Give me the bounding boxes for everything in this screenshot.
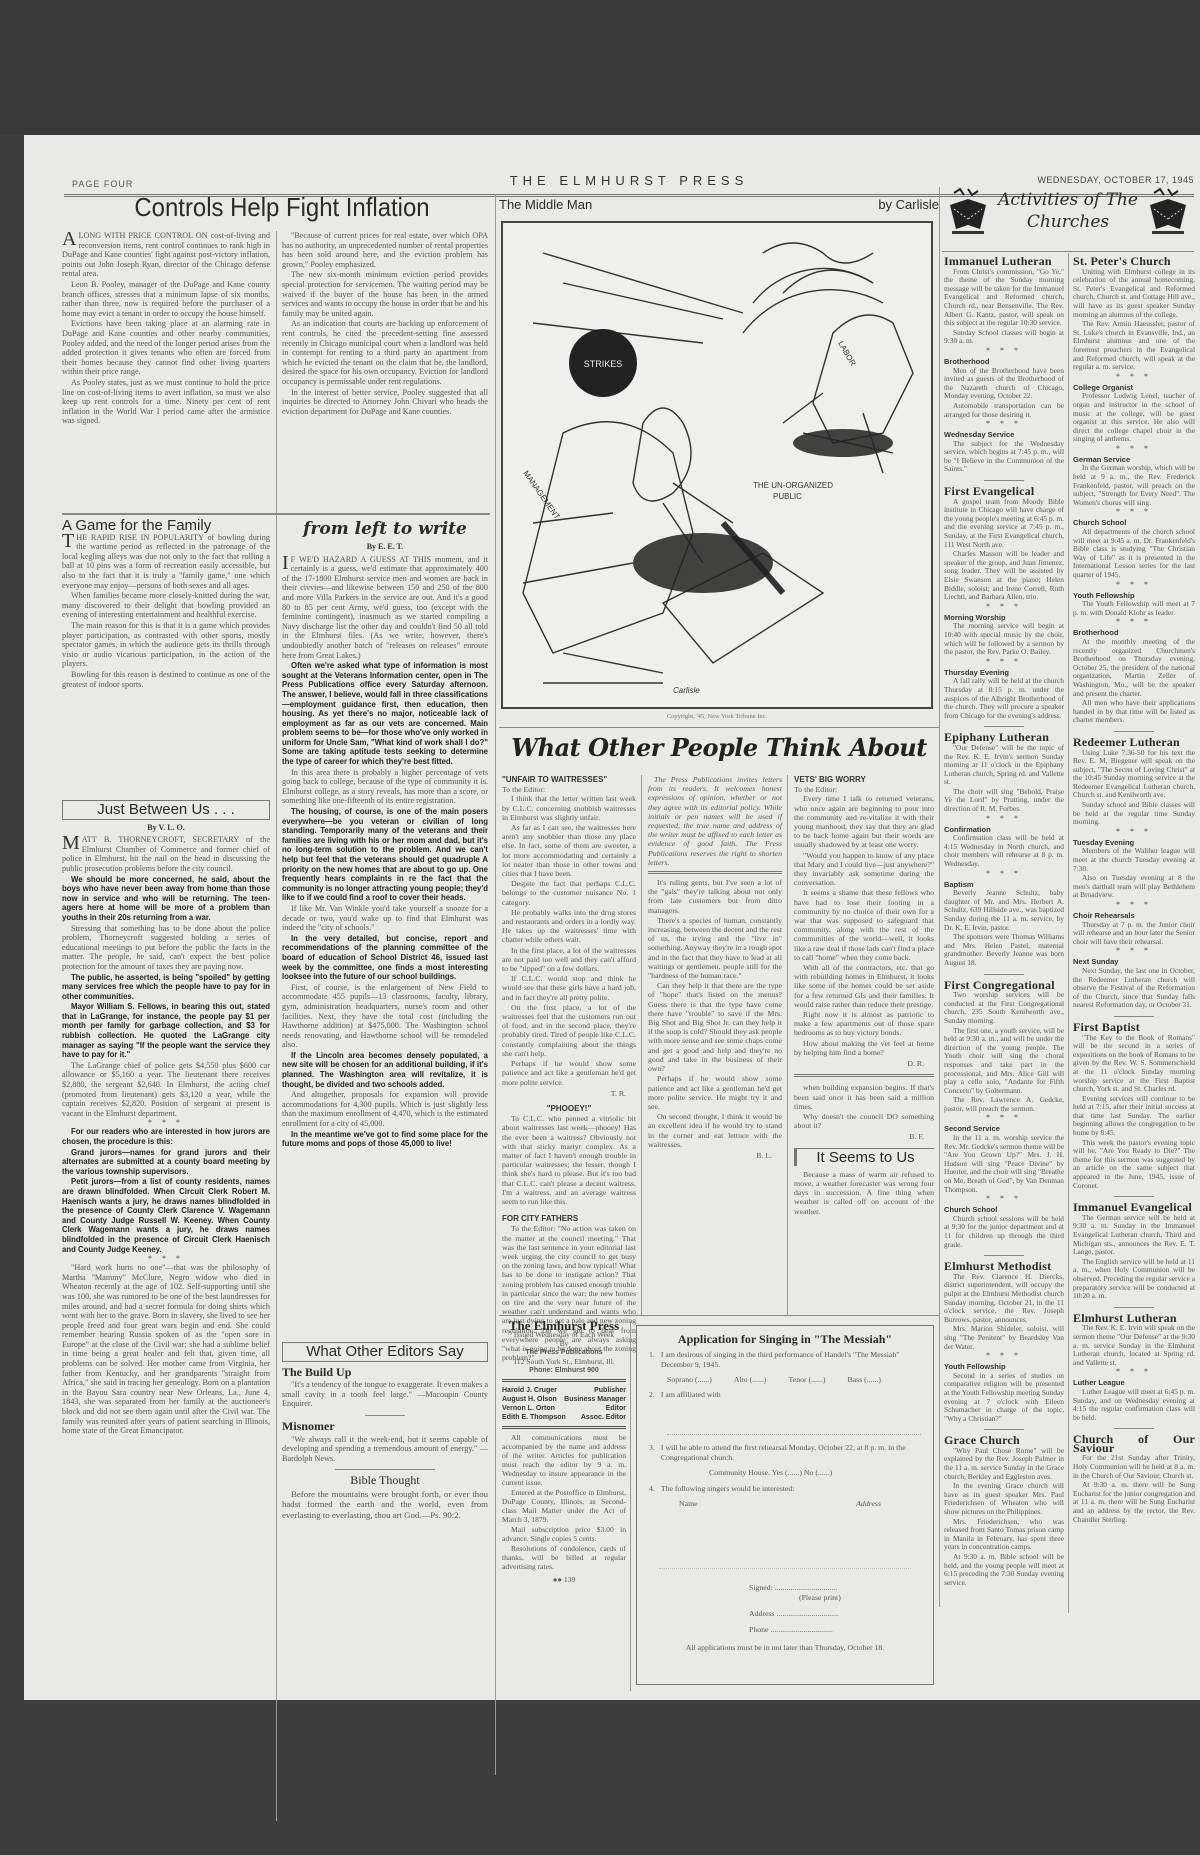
issue-frequency: Issued Wednesday of Each Week (502, 1330, 626, 1339)
publisher-box: The Elmhurst Press Issued Wednesday of E… (502, 1321, 626, 1584)
letter-signature: B. L. (658, 1151, 772, 1160)
column-paragraph: The housing, of course, is one of the ma… (282, 807, 488, 903)
bass-checkbox[interactable]: Bass (......) (847, 1375, 881, 1385)
column-paragraph: "Hard work hurts no one"—that was the ph… (62, 1263, 270, 1436)
church-name: First Congregational (944, 981, 1064, 990)
column-paragraph: Petit jurors—from a list of county resid… (62, 1177, 270, 1254)
controls-col-1: ALONG WITH PRICE CONTROL ON cost-of-livi… (62, 231, 270, 427)
separator-dots: * * * (944, 1114, 1064, 1122)
divider (365, 1415, 405, 1416)
letter-paragraph: Despite the fact that perhaps C.L.C. bel… (502, 879, 636, 907)
section-divider (499, 727, 939, 728)
church-name: Epiphany Lutheran (944, 733, 1064, 742)
salutation: To the Editor: (794, 785, 934, 794)
separator-dots: * * * (944, 420, 1064, 428)
column-paragraph: If like Mr. Van Winkle you'd take yourse… (282, 904, 488, 933)
separator-dots: * * * (62, 1119, 270, 1127)
letter-paragraph: Why doesn't the council DO something abo… (794, 1112, 934, 1130)
item-title: Misnomer (282, 1422, 488, 1432)
letter-title: VETS' BIG WORRY (794, 775, 934, 784)
scan-top-border (0, 0, 1200, 135)
game-article: A Game for the Family THE RAPID RISE IN … (62, 519, 270, 690)
separator-dots: * * * (1073, 828, 1195, 836)
issue-date: WEDNESDAY, OCTOBER 17, 1945 (1037, 175, 1194, 185)
form-title: Application for Singing in "The Messiah" (649, 1334, 921, 1344)
church-paragraph: In the evening Grace church will have as… (944, 1482, 1064, 1516)
column-paragraph: The LaGrange chief of police gets $4,550… (62, 1061, 270, 1119)
section-divider (62, 513, 490, 515)
church-paragraph: A fall rally will be held at the church … (944, 677, 1064, 720)
church-paragraph: Evening services will continue to be hel… (1073, 1095, 1195, 1138)
alto-checkbox[interactable]: Alto (......) (734, 1375, 767, 1385)
column-paragraph: We should be more concerned, he said, ab… (62, 875, 270, 923)
soprano-checkbox[interactable]: Soprano (......) (667, 1375, 712, 1385)
controls-headline: Controls Help Fight Inflation (98, 192, 466, 223)
church-name: St. Peter's Church (1073, 257, 1195, 266)
item-text: "We always call it the week-end, but it … (282, 1435, 488, 1464)
letter-signature: T. R. (512, 1089, 626, 1098)
church-name: Redeemer Lutheran (1073, 738, 1195, 747)
divider (1114, 1016, 1154, 1017)
just-between-headline: Just Between Us . . . (62, 800, 270, 820)
letter-paragraph: Every time I talk to returned veterans, … (794, 794, 934, 849)
phone-field[interactable]: Phone ................................ (749, 1625, 921, 1635)
church-paragraph: The English service will be held at 11 a… (1073, 1258, 1195, 1301)
church-paragraph: The Rev. Lawrence A. Gedcke, pastor, wil… (944, 1096, 1064, 1113)
church-paragraph: The subject for the Wednesday service, w… (944, 440, 1064, 474)
letter-paragraph: He probably walks into the drug stores a… (502, 908, 636, 945)
separator-dots: * * * (944, 1195, 1064, 1203)
svg-text:LABOR: LABOR (836, 340, 857, 368)
church-paragraph: The first one, a youth service, will be … (944, 1027, 1064, 1096)
column-paragraph: And altogether, proposals for expansion … (282, 1090, 488, 1128)
separator-dots: * * * (1073, 1368, 1195, 1376)
church-paragraph: In the 11 a. m. worship service the Rev.… (944, 1134, 1064, 1194)
form-item-2: 2.I am affiliated with (649, 1390, 921, 1400)
church-paragraph: Two worship services will be conducted a… (944, 991, 1064, 1025)
divider (984, 1255, 1024, 1256)
messiah-application-form: Application for Singing in "The Messiah"… (636, 1325, 934, 1685)
letters-col-1: "UNFAIR TO WAITRESSES" To the Editor: I … (502, 775, 636, 1363)
divider (984, 1429, 1024, 1430)
publisher-note: Mail subscription price $3.00 in advance… (502, 1525, 626, 1543)
letter-paragraph: Perhaps if he would show some patience a… (502, 1059, 636, 1087)
church-paragraph: The Rev. K. E. Irvin will speak on the s… (1073, 1324, 1195, 1367)
item-text: "It's a tendency of the tongue to exagge… (282, 1380, 488, 1409)
church-paragraph: Next Sunday, the last one in October, th… (1073, 967, 1195, 1010)
letter-title: "PHOOEY!" (502, 1104, 636, 1113)
church-paragraph: Professor Ludwig Lenel, teacher of organ… (1073, 392, 1195, 444)
church-paragraph: This week the pastor's evening topic wil… (1073, 1139, 1195, 1191)
address-field[interactable]: Address ................................ (749, 1609, 921, 1619)
column-rule (495, 195, 496, 1775)
cartoon-label-strikes: STRIKES (584, 359, 623, 369)
separator-dots: * * * (944, 347, 1064, 355)
affiliation-field[interactable] (667, 1405, 921, 1435)
church-paragraph: The Rev. Clarence H. Diercks, district s… (944, 1273, 1064, 1325)
column-paragraph: In this area there is probably a higher … (282, 768, 488, 806)
church-paragraph: For the 21st Sunday after Trinity, Holy … (1073, 1454, 1195, 1480)
article-paragraph: Evictions have been taking place at an a… (62, 319, 270, 377)
letters-policy: The Press Publications invites letters f… (648, 775, 782, 867)
article-paragraph: When families became more closely-knitte… (62, 591, 270, 620)
church-paragraph: Beverly Jeanne Schultz, baby daughter of… (944, 889, 1064, 932)
church-name: Grace Church (944, 1436, 1064, 1445)
publisher-paper-title: The Elmhurst Press (502, 1321, 626, 1330)
church-paragraph: At 9:30 a. m. there will be Sung Euchari… (1073, 1481, 1195, 1524)
publisher-note: Entered at the Postoffice in Elmhurst, D… (502, 1488, 626, 1524)
separator-dots: * * * (1073, 581, 1195, 589)
separator-dots: * * * (944, 603, 1064, 611)
publisher-note: All communications must be accompanied b… (502, 1433, 626, 1487)
staff-row: Vernon L. OrtonEditor (502, 1404, 626, 1413)
article-paragraph: The new six-month minimum eviction perio… (282, 270, 488, 318)
church-paragraph: At the monthly meeting of the recently o… (1073, 638, 1195, 698)
divider (648, 871, 782, 874)
church-name: Elmhurst Methodist (944, 1262, 1064, 1271)
staff-row: Edith E. ThompsonAssoc. Editor (502, 1413, 626, 1422)
letter-paragraph: I think that the letter written last wee… (502, 794, 636, 822)
divider (502, 1379, 626, 1382)
church-name: Immanuel Lutheran (944, 257, 1064, 266)
article-paragraph: Leon B. Pooley, manager of the DuPage an… (62, 280, 270, 318)
column-rule (630, 1321, 631, 1691)
editors-say-column: What Other Editors Say The Build Up "It'… (282, 1342, 488, 1521)
column-paragraph: If the Lincoln area becomes densely popu… (282, 1051, 488, 1089)
letter-paragraph: It seems a shame that these fellows who … (794, 888, 934, 962)
letter-paragraph: If C.L.C. would stop and think he would … (502, 974, 636, 1002)
letter-title: FOR CITY FATHERS (502, 1214, 636, 1223)
singers-list-field[interactable] (659, 1509, 911, 1569)
church-name: Elmhurst Lutheran (1073, 1314, 1195, 1323)
church-name: First Evangelical (944, 487, 1064, 496)
form-deadline: All applications must be in not later th… (649, 1643, 921, 1653)
church-paragraph: From Christ's commission, "Go Ye," the t… (944, 268, 1064, 328)
byline: By E. E. T. (282, 542, 488, 552)
union-label: ●● 139 (502, 1575, 626, 1584)
publisher-address: 112 South York St., Elmhurst, Ill. (502, 1357, 626, 1366)
divider (984, 974, 1024, 975)
newspaper-page: PAGE FOUR THE ELMHURST PRESS WEDNESDAY, … (24, 135, 1200, 1700)
cartoon-illustration: STRIKES LABOR MANAGEMENT THE UN-ORGANIZE… (503, 223, 931, 707)
column-rule (276, 231, 277, 1821)
divider (335, 1469, 435, 1470)
church-paragraph: All departments of the church school wil… (1073, 528, 1195, 580)
letter-title: "UNFAIR TO WAITRESSES" (502, 775, 636, 784)
church-paragraph: The morning service will begin at 10:40 … (944, 622, 1064, 656)
column-paragraph: IF WE'D HAZARD A GUESS AT THIS moment, a… (282, 555, 488, 661)
by-label: By (502, 1339, 626, 1348)
church-paragraph: The choir will sing "Behold, Praise Ye t… (944, 788, 1064, 814)
bible-thought-title: Bible Thought (282, 1476, 488, 1486)
church-paragraph: Charles Masson will be leader and speake… (944, 550, 1064, 602)
article-paragraph: "Because of current prices for real esta… (282, 231, 488, 269)
bible-thought-text: Before the mountains were brought forth,… (282, 1489, 488, 1521)
churches-header: Activities of The Churches (942, 185, 1194, 247)
church-paragraph: Mrs. Marion Shideler, soloist, will sing… (944, 1325, 1064, 1351)
editorial-cartoon: STRIKES LABOR MANAGEMENT THE UN-ORGANIZE… (501, 221, 933, 709)
letter-paragraph: It's ruling gents, but I've seen a lot o… (648, 878, 782, 915)
church-paragraph: Sunday school and Bible classes will be … (1073, 801, 1195, 827)
separator-dots: * * * (944, 870, 1064, 878)
letter-paragraph: In the first place, a lot of the waitres… (502, 946, 636, 974)
church-paragraph: Second in a series of studies on compara… (944, 1372, 1064, 1424)
church-paragraph: Using Luke 7:36-50 for his text the Rev.… (1073, 749, 1195, 801)
voice-options: Soprano (......) Alto (......) Tenor (..… (667, 1375, 921, 1385)
church-paragraph: Uniting with Elmhurst college in its cel… (1073, 268, 1195, 320)
cartoon-copyright: Copyright, '45, New York Tribune Inc. (501, 713, 933, 720)
svg-text:MANAGEMENT: MANAGEMENT (521, 469, 561, 521)
church-name: Immanuel Evangelical (1073, 1203, 1195, 1212)
churches-col-left: Immanuel LutheranFrom Christ's commissio… (944, 253, 1064, 1588)
community-house-options[interactable]: Community House. Yes (......) No (......… (709, 1468, 921, 1478)
church-paragraph: Thursday at 7 p. m. the Junior choir wil… (1073, 921, 1195, 947)
church-paragraph: The German service will be held at 9:30 … (1073, 1214, 1195, 1257)
church-paragraph: The Youth Fellowship will meet at 7 p. m… (1073, 600, 1195, 617)
letter-paragraph: How about making the vet feel at home by… (794, 1039, 934, 1057)
svg-text:PUBLIC: PUBLIC (773, 492, 802, 501)
church-paragraph: At 9:30 a. m. Bible school will be held,… (944, 1553, 1064, 1587)
left-to-write-column: from left to write By E. E. T. IF WE'D H… (282, 519, 488, 1150)
article-paragraph: ALONG WITH PRICE CONTROL ON cost-of-livi… (62, 231, 270, 279)
article-paragraph: THE RAPID RISE IN POPULARITY of bowling … (62, 533, 270, 591)
column-paragraph: For our readers who are interested in ho… (62, 1127, 270, 1146)
svg-text:Carlisle: Carlisle (673, 686, 700, 695)
divider (794, 1074, 934, 1077)
column-paragraph: Mayor William S. Fellows, in bearing thi… (62, 1002, 270, 1060)
letters-col-2: The Press Publications invites letters f… (648, 775, 782, 1162)
column-paragraph: Often we're asked what type of informati… (282, 661, 488, 767)
letter-paragraph: Perhaps if he would show some patience a… (648, 1074, 782, 1111)
church-paragraph: Luther League will meet at 6:45 p. m. Su… (1073, 1388, 1195, 1422)
divider (984, 726, 1024, 727)
publisher-info: The Elmhurst Press Issued Wednesday of E… (502, 1321, 626, 1375)
separator-dots: * * * (1073, 508, 1195, 516)
church-paragraph: Members of the Walther league will meet … (1073, 847, 1195, 873)
letters-col-3: VETS' BIG WORRY To the Editor: Every tim… (794, 775, 934, 1217)
open-bible-icon (946, 187, 990, 239)
separator-dots: * * * (1073, 618, 1195, 626)
church-paragraph: The sponsors were Thomas Williams and Mr… (944, 933, 1064, 967)
separator-dots: * * * (1073, 947, 1195, 955)
column-paragraph: MATT B. THORNEYCROFT, SECRETARY of the E… (62, 835, 270, 873)
game-headline: A Game for the Family (62, 521, 270, 531)
church-paragraph: Mrs. Friederichsen, who was released fro… (944, 1518, 1064, 1552)
column-rule (1068, 253, 1069, 1613)
letter-paragraph: There's a species of human, constantly i… (648, 916, 782, 980)
salutation: To the Editor: (502, 785, 636, 794)
church-paragraph: All men who have their applications hand… (1073, 699, 1195, 725)
it-seems-text: Because a mass of warm air refused to mo… (794, 1170, 934, 1216)
church-paragraph: Church school sessions will be held at 9… (944, 1215, 1064, 1249)
letter-paragraph: Can they help it that there are the type… (648, 981, 782, 1073)
separator-dots: * * * (944, 1352, 1064, 1360)
church-paragraph: In the German worship, which will be hel… (1073, 464, 1195, 507)
cartoon-title: The Middle Man (499, 197, 592, 212)
separator-dots: * * * (944, 658, 1064, 666)
column-paragraph: In the very detailed, but concise, repor… (282, 934, 488, 982)
article-paragraph: As an indication that courts are backing… (282, 319, 488, 386)
church-paragraph: Automobile transportation can be arrange… (944, 402, 1064, 419)
open-bible-icon (1146, 187, 1190, 239)
divider (1114, 1428, 1154, 1429)
article-paragraph: As Pooley states, just as we must contin… (62, 378, 270, 426)
separator-dots: * * * (1073, 445, 1195, 453)
church-paragraph: Sunday School classes will begin at 9:30… (944, 329, 1064, 346)
byline: By V. L. O. (62, 823, 270, 833)
editors-say-headline: What Other Editors Say (282, 1342, 488, 1362)
letter-paragraph: On the first place, a lot of the waitres… (502, 1003, 636, 1058)
church-paragraph: Also on Tuesday evening at 8 the men's d… (1073, 874, 1195, 900)
publisher-phone: Phone: Elmhurst 900 (502, 1366, 626, 1375)
left-to-write-headline: from left to write (282, 519, 488, 539)
singers-table-header: Name Address (679, 1499, 881, 1509)
staff-row: August H. OlsonBusiness Manager (502, 1395, 626, 1404)
column-paragraph: The public, he asserted, is being "spoil… (62, 973, 270, 1002)
cartoon-byline: by Carlisle (878, 197, 939, 212)
column-rule (787, 775, 788, 1315)
it-seems-headline: It Seems to Us (794, 1148, 934, 1166)
section-divider (499, 1315, 939, 1316)
article-paragraph: The main reason for this is that it is a… (62, 621, 270, 669)
letter-paragraph: With all of the contractors, etc. that g… (794, 963, 934, 1009)
church-paragraph: "Why Paul Chose Rome" will be explained … (944, 1447, 1064, 1481)
form-item-3: 3.I will be able to attend the first reh… (649, 1443, 921, 1463)
item-title: The Build Up (282, 1368, 488, 1378)
church-name: Church of Our Saviour (1073, 1435, 1195, 1452)
church-paragraph: Confirmation class will be held at 4:15 … (944, 834, 1064, 868)
tenor-checkbox[interactable]: Tenor (......) (789, 1375, 826, 1385)
divider (984, 480, 1024, 481)
column-paragraph: In the meantime we've got to find some p… (282, 1130, 488, 1149)
column-rule (939, 187, 940, 1607)
column-paragraph: Grand jurors—names for grand jurors and … (62, 1148, 270, 1177)
scan-bottom-border (0, 1700, 1200, 1855)
separator-dots: * * * (1073, 901, 1195, 909)
column-rule (641, 775, 642, 1315)
church-paragraph: The Rev. Armin Haeussler, pastor of St. … (1073, 320, 1195, 372)
separator-dots: * * * (1073, 373, 1195, 381)
article-paragraph: Bowling for this reason is destined to c… (62, 670, 270, 689)
churches-title: Activities of The Churches (997, 189, 1139, 233)
separator-dots: * * * (944, 815, 1064, 823)
please-print-note: (Please print) (799, 1593, 921, 1603)
church-paragraph: Men of the Brotherhood have been invited… (944, 367, 1064, 401)
section-divider (942, 251, 1194, 252)
church-name: First Baptist (1073, 1023, 1195, 1032)
letter-paragraph: when building expansion begins. If that'… (794, 1083, 934, 1111)
controls-col-2: "Because of current prices for real esta… (282, 231, 488, 417)
divider (502, 1426, 626, 1429)
churches-col-right: St. Peter's ChurchUniting with Elmhurst … (1073, 253, 1195, 1525)
publisher-note: Resolutions of condolence, cards of than… (502, 1544, 626, 1571)
svg-text:THE UN-ORGANIZED: THE UN-ORGANIZED (753, 481, 833, 490)
church-paragraph: "The Key to the Book of Romans" will be … (1073, 1034, 1195, 1094)
just-between-column: Just Between Us . . . By V. L. O. MATT B… (62, 796, 270, 1437)
form-item-4: 4.The following singers would be interes… (649, 1484, 921, 1494)
column-paragraph: Stressing that something has to be done … (62, 924, 270, 972)
letter-paragraph: On second thought, I think it would be a… (648, 1112, 782, 1149)
church-paragraph: "Our Defense" will be the topic of the R… (944, 744, 1064, 787)
cartoon-header: The Middle Man by Carlisle (499, 197, 939, 215)
letter-paragraph: To C.L.C. who penned a vitriolic bit abo… (502, 1114, 636, 1206)
signed-field[interactable]: Signed: ................................ (749, 1583, 921, 1593)
publisher-name: The Press Publications (502, 1348, 626, 1357)
staff-row: Harold J. CrugerPublisher (502, 1386, 626, 1395)
letter-signature: D. R. (804, 1059, 924, 1068)
letter-paragraph: As far as I can see, the waitresses here… (502, 823, 636, 878)
column-paragraph: First, of course, is the enlargement of … (282, 983, 488, 1050)
divider (1114, 1307, 1154, 1308)
church-paragraph: A gospel team from Moody Bible institute… (944, 498, 1064, 550)
letters-headline: What Other People Think About (499, 733, 939, 762)
divider (1114, 1196, 1154, 1197)
divider (1114, 731, 1154, 732)
article-paragraph: In the interest of better service, Poole… (282, 388, 488, 417)
form-item-1: 1.I am desirous of singing in the third … (649, 1350, 921, 1370)
letter-signature: B. F. (804, 1132, 924, 1141)
letter-paragraph: Right now it is almost as patriotic to m… (794, 1010, 934, 1038)
separator-dots: * * * (62, 1255, 270, 1263)
letter-paragraph: "Would you happen to know of any place t… (794, 851, 934, 888)
